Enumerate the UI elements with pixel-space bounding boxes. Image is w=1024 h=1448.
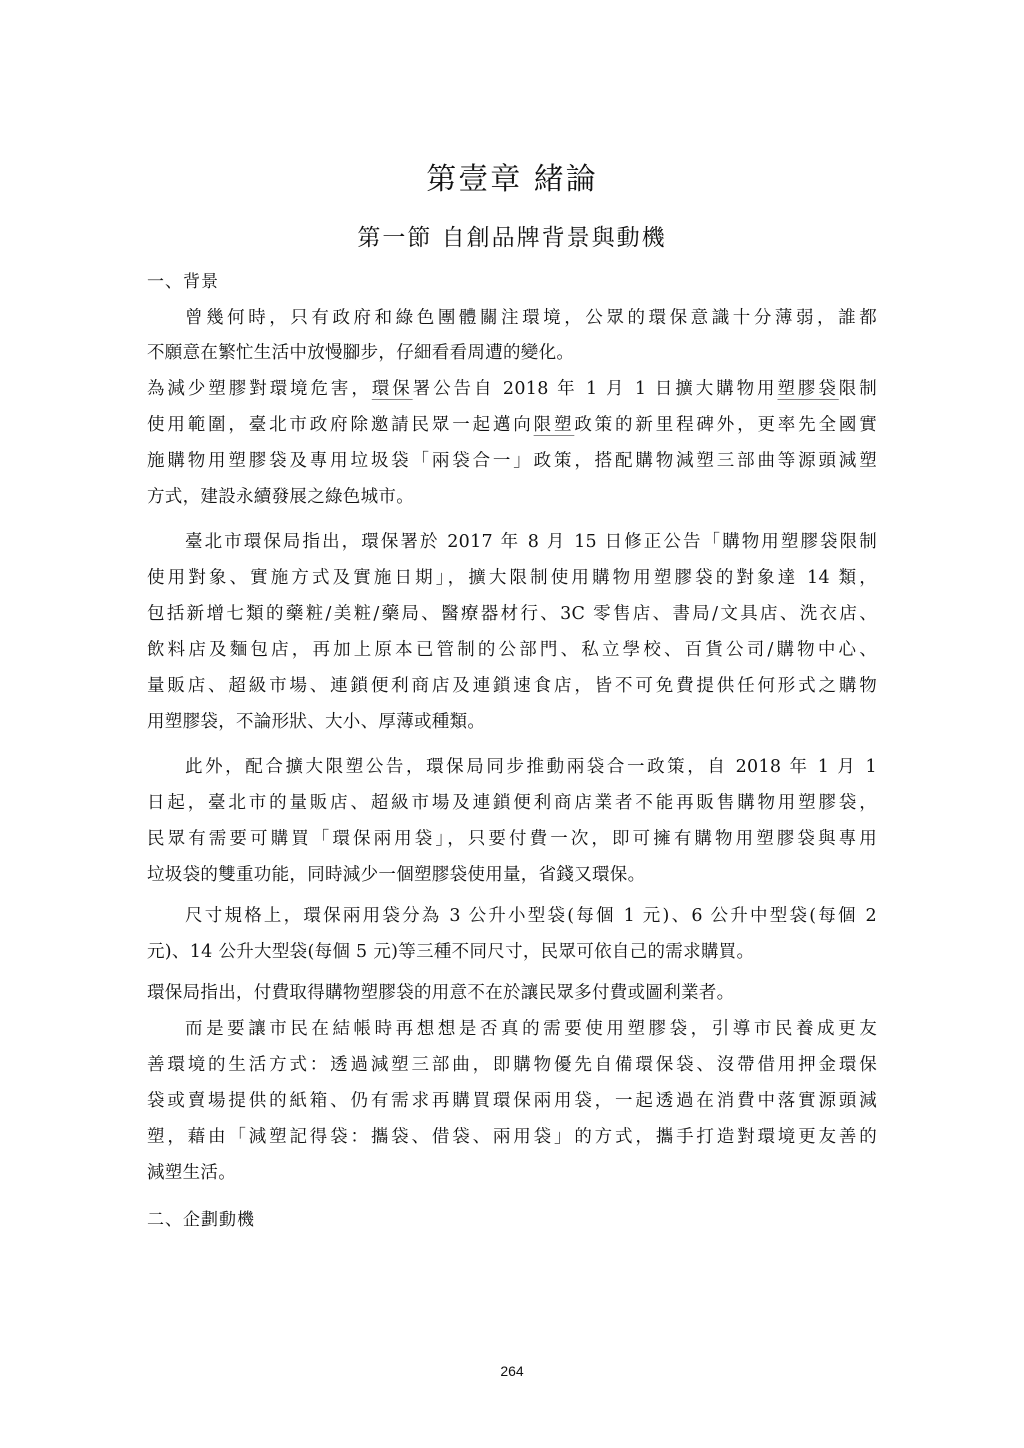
- paragraph-line: 塑，藉由「減塑記得袋：攜袋、借袋、兩用袋」的方式，攜手打造對環境更友善的: [147, 1124, 877, 1150]
- paragraph-line: 尺寸規格上，環保兩用袋分為 3 公升小型袋(每個 1 元)、6 公升中型袋(每個…: [185, 903, 877, 929]
- paragraph-line: 此外，配合擴大限塑公告，環保局同步推動兩袋合一政策，自 2018 年 1 月 1: [185, 754, 877, 780]
- underlined-text: 限塑: [534, 415, 575, 435]
- text-span: 政策的新里程碑外，更率先全國實: [574, 415, 877, 435]
- paragraph-line: 而是要讓市民在結帳時再想想是否真的需要使用塑膠袋，引導市民養成更友: [185, 1016, 877, 1042]
- paragraph-line: 元)、14 公升大型袋(每個 5 元)等三種不同尺寸，民眾可依自己的需求購買。: [147, 939, 877, 965]
- paragraph-line: 減塑生活。: [147, 1160, 877, 1186]
- paragraph-line: 方式，建設永續發展之綠色城市。: [147, 484, 877, 510]
- text-span: 為減少塑膠對環境危害，: [147, 379, 372, 399]
- paragraph-line: 為減少塑膠對環境危害，環保署公告自 2018 年 1 月 1 日擴大購物用塑膠袋…: [147, 376, 877, 402]
- section-title: 第一節 自創品牌背景與動機: [0, 220, 1024, 256]
- text-span: 限制: [839, 379, 877, 399]
- chapter-title: 第壹章 緒論: [0, 158, 1024, 202]
- heading-motivation: 二、企劃動機: [147, 1207, 255, 1233]
- page-number: 264: [0, 1363, 1024, 1379]
- paragraph-line: 曾幾何時，只有政府和綠色團體關注環境，公眾的環保意識十分薄弱，誰都: [185, 305, 877, 331]
- paragraph-line: 日起，臺北市的量販店、超級市場及連鎖便利商店業者不能再販售購物用塑膠袋，: [147, 790, 877, 816]
- heading-background: 一、背景: [147, 269, 219, 295]
- paragraph-line: 不願意在繁忙生活中放慢腳步，仔細看看周遭的變化。: [147, 340, 877, 366]
- document-page: 第壹章 緒論 第一節 自創品牌背景與動機 一、背景 曾幾何時，只有政府和綠色團體…: [0, 0, 1024, 1448]
- paragraph-line: 用塑膠袋，不論形狀、大小、厚薄或種類。: [147, 709, 877, 735]
- paragraph-line: 量販店、超級市場、連鎖便利商店及連鎖速食店，皆不可免費提供任何形式之購物: [147, 673, 877, 699]
- underlined-text: 環保: [372, 379, 413, 399]
- paragraph-line: 環保局指出，付費取得購物塑膠袋的用意不在於讓民眾多付費或圖利業者。: [147, 980, 877, 1006]
- paragraph-line: 臺北市環保局指出，環保署於 2017 年 8 月 15 日修正公告「購物用塑膠袋…: [185, 529, 877, 555]
- paragraph-line: 袋或賣場提供的紙箱、仍有需求再購買環保兩用袋，一起透過在消費中落實源頭減: [147, 1088, 877, 1114]
- paragraph-line: 民眾有需要可購買「環保兩用袋」，只要付費一次，即可擁有購物用塑膠袋與專用: [147, 826, 877, 852]
- text-span: 署公告自 2018 年 1 月 1 日擴大購物用: [413, 379, 778, 399]
- underlined-text: 塑膠袋: [777, 379, 838, 399]
- paragraph-line: 善環境的生活方式：透過減塑三部曲，即購物優先自備環保袋、沒帶借用押金環保: [147, 1052, 877, 1078]
- paragraph-line: 施購物用塑膠袋及專用垃圾袋「兩袋合一」政策，搭配購物減塑三部曲等源頭減塑: [147, 448, 877, 474]
- paragraph-line: 飲料店及麵包店，再加上原本已管制的公部門、私立學校、百貨公司/購物中心、: [147, 637, 877, 663]
- text-span: 使用範圍，臺北市政府除邀請民眾一起邁向: [147, 415, 534, 435]
- paragraph-line: 垃圾袋的雙重功能，同時減少一個塑膠袋使用量，省錢又環保。: [147, 862, 877, 888]
- paragraph-line: 使用範圍，臺北市政府除邀請民眾一起邁向限塑政策的新里程碑外，更率先全國實: [147, 412, 877, 438]
- paragraph-line: 使用對象、實施方式及實施日期」，擴大限制使用購物用塑膠袋的對象達 14 類，: [147, 565, 877, 591]
- paragraph-line: 包括新增七類的藥粧/美粧/藥局、醫療器材行、3C 零售店、書局/文具店、洗衣店、: [147, 601, 877, 627]
